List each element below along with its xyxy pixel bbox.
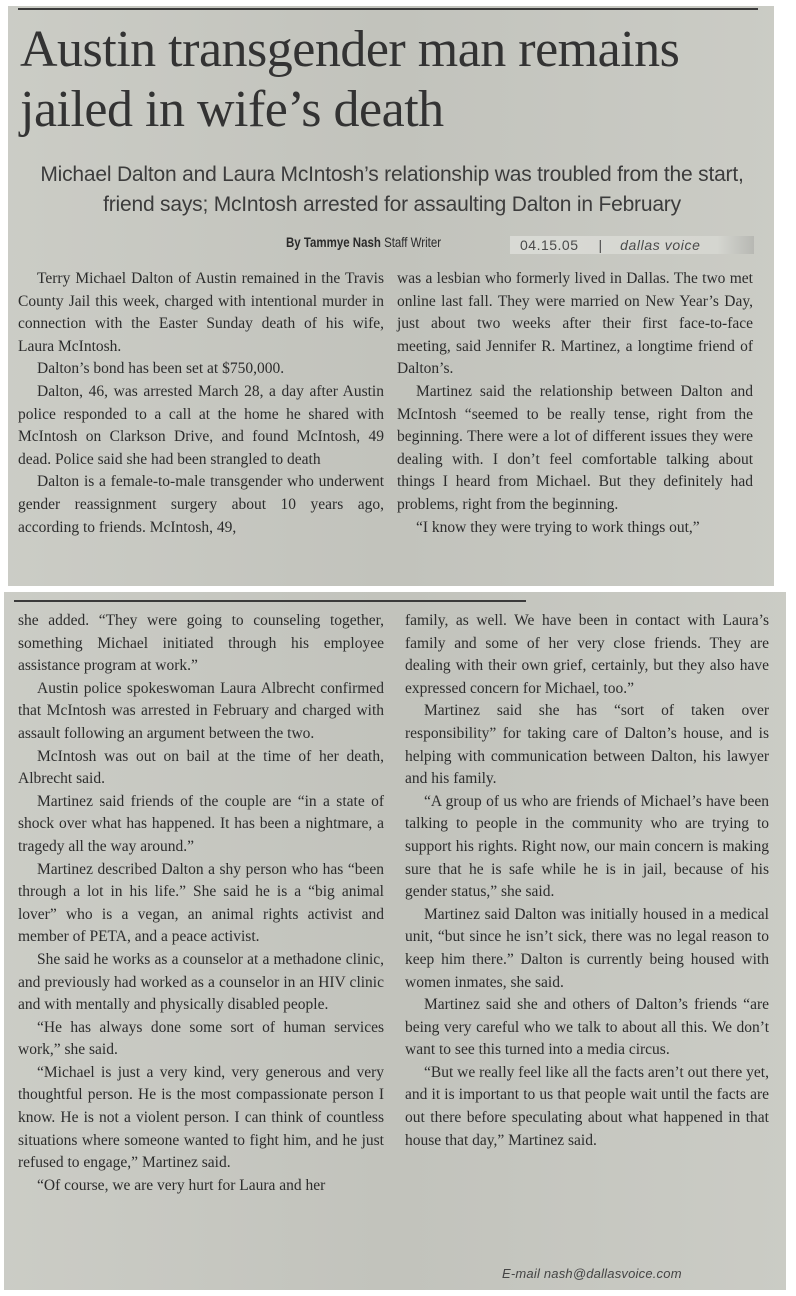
byline-row: By Tammye Nash Staff Writer 04.15.05 | d… xyxy=(8,232,774,258)
paragraph: “A group of us who are friends of Michae… xyxy=(405,791,769,904)
paragraph: Martinez described Dalton a shy person w… xyxy=(18,859,384,949)
author-email: E-mail nash@dallasvoice.com xyxy=(502,1266,682,1281)
paragraph: “Michael is just a very kind, very gener… xyxy=(18,1062,384,1175)
paragraph: Terry Michael Dalton of Austin remained … xyxy=(18,268,384,358)
paragraph-continued: she added. “They were going to counselin… xyxy=(18,610,384,678)
top-column-2: was a lesbian who formerly lived in Dall… xyxy=(397,268,753,539)
date-publication-stamp: 04.15.05 | dallas voice xyxy=(510,236,754,254)
bottom-column-2: family, as well. We have been in contact… xyxy=(405,610,769,1152)
paragraph: “He has always done some sort of human s… xyxy=(18,1017,384,1062)
top-column-1: Terry Michael Dalton of Austin remained … xyxy=(18,268,384,539)
paragraph: Austin police spokeswoman Laura Albrecht… xyxy=(18,678,384,746)
paragraph: Dalton, 46, was arrested March 28, a day… xyxy=(18,381,384,471)
paragraph-continued: was a lesbian who formerly lived in Dall… xyxy=(397,268,753,381)
stamp-separator: | xyxy=(599,237,603,253)
paragraph: Dalton’s bond has been set at $750,000. xyxy=(18,358,384,381)
paragraph: Martinez said she and others of Dalton’s… xyxy=(405,994,769,1062)
paragraph: “But we really feel like all the facts a… xyxy=(405,1062,769,1152)
byline-author: Tammye Nash xyxy=(304,234,381,250)
paragraph: McIntosh was out on bail at the time of … xyxy=(18,746,384,791)
paragraph: Martinez said she has “sort of taken ove… xyxy=(405,700,769,790)
publication-date: 04.15.05 xyxy=(520,237,579,253)
publication-name: dallas voice xyxy=(620,237,700,253)
headline: Austin transgender man remains jailed in… xyxy=(20,20,760,140)
paragraph: Martinez said the relationship between D… xyxy=(397,381,753,517)
paragraph: She said he works as a counselor at a me… xyxy=(18,949,384,1017)
paragraph: Martinez said Dalton was initially house… xyxy=(405,904,769,994)
paragraph: Martinez said friends of the couple are … xyxy=(18,791,384,859)
bottom-column-1: she added. “They were going to counselin… xyxy=(18,610,384,1197)
clipping-bottom-panel: she added. “They were going to counselin… xyxy=(4,592,786,1290)
paragraph-continued: family, as well. We have been in contact… xyxy=(405,610,769,700)
byline: By Tammye Nash Staff Writer xyxy=(286,234,441,250)
paragraph: “Of course, we are very hurt for Laura a… xyxy=(18,1175,384,1198)
byline-prefix: By xyxy=(286,234,301,250)
paragraph: Dalton is a female-to-male transgender w… xyxy=(18,471,384,539)
top-rule xyxy=(18,8,758,10)
byline-role: Staff Writer xyxy=(384,234,441,250)
paragraph: “I know they were trying to work things … xyxy=(397,517,753,540)
subheadline-deck: Michael Dalton and Laura McIntosh’s rela… xyxy=(18,160,766,220)
top-rule xyxy=(14,600,526,602)
clipping-top-panel: Austin transgender man remains jailed in… xyxy=(8,6,774,586)
